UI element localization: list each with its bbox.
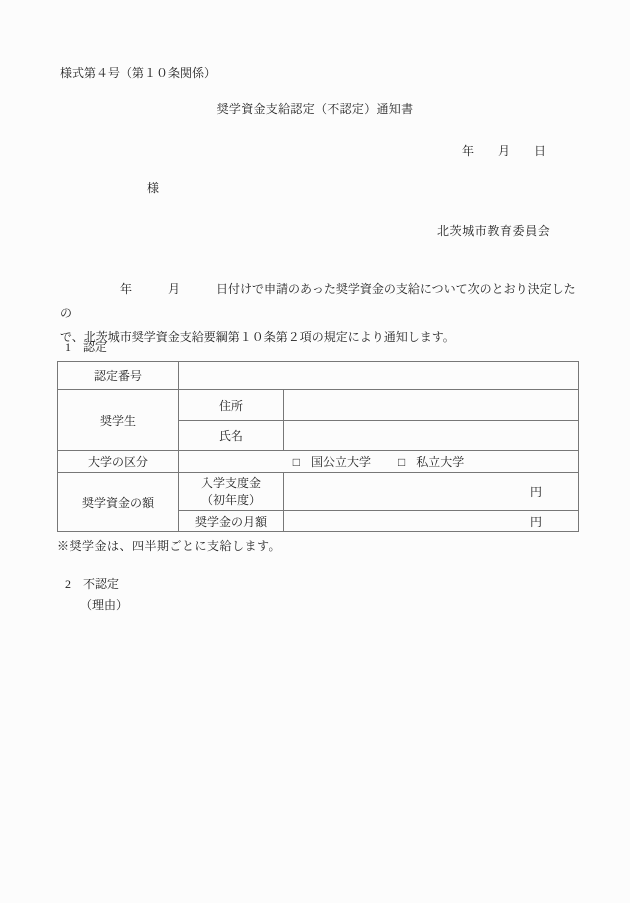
certification-number-label: 認定番号 — [58, 362, 179, 390]
table-row-university-type: 大学の区分 □国公立大学□私立大学 — [58, 451, 579, 473]
monthly-amount-field[interactable]: 円 — [284, 511, 579, 532]
entrance-allowance-field[interactable]: 円 — [284, 473, 579, 511]
address-field[interactable] — [284, 390, 579, 421]
table-row-certification-number: 認定番号 — [58, 362, 579, 390]
yen-suffix: 円 — [530, 515, 542, 529]
name-label: 氏名 — [179, 421, 284, 451]
table-row-address: 奨学生 住所 — [58, 390, 579, 421]
name-field[interactable] — [284, 421, 579, 451]
private-university-label: 私立大学 — [416, 455, 464, 469]
university-type-label: 大学の区分 — [58, 451, 179, 473]
certification-number-field[interactable] — [179, 362, 579, 390]
entrance-allowance-label-line1: 入学支度金 — [179, 475, 283, 492]
checkbox-private-university[interactable]: □ — [398, 455, 405, 470]
body-line-2: で、北茨城市奨学資金支給要綱第１０条第２項の規定により通知します。 — [60, 325, 576, 349]
certification-table: 認定番号 奨学生 住所 氏名 大学の区分 □国公立大学□私立大学 奨学資金の額 — [57, 361, 579, 532]
reason-label: （理由） — [80, 596, 128, 613]
university-type-options: □国公立大学□私立大学 — [179, 451, 579, 473]
form-number: 様式第４号（第１０条関係） — [60, 64, 216, 81]
monthly-amount-label: 奨学金の月額 — [179, 511, 284, 532]
entrance-allowance-label-line2: （初年度） — [179, 492, 283, 509]
body-line-1: 年 月 日付けで申請のあった奨学資金の支給について次のとおり決定したの — [60, 277, 576, 325]
document-title: 奨学資金支給認定（不認定）通知書 — [0, 100, 630, 117]
scholarship-amount-label: 奨学資金の額 — [58, 473, 179, 532]
national-public-university-label: 国公立大学 — [311, 455, 371, 469]
scholar-label: 奨学生 — [58, 390, 179, 451]
document-page: 様式第４号（第１０条関係） 奨学資金支給認定（不認定）通知書 年 月 日 様 北… — [0, 0, 630, 903]
quarterly-payment-note: ※奨学金は、四半期ごとに支給します。 — [57, 537, 281, 554]
body-paragraph: 年 月 日付けで申請のあった奨学資金の支給について次のとおり決定したの で、北茨… — [60, 277, 576, 349]
issuer-name: 北茨城市教育委員会 — [437, 222, 550, 239]
section-1-heading: 1 認定 — [65, 338, 107, 355]
table-row-entrance-allowance: 奨学資金の額 入学支度金 （初年度） 円 — [58, 473, 579, 511]
yen-suffix: 円 — [530, 485, 542, 499]
issue-date-line: 年 月 日 — [462, 142, 546, 159]
address-label: 住所 — [179, 390, 284, 421]
addressee-suffix: 様 — [147, 179, 159, 196]
section-2-heading: 2 不認定 — [65, 575, 119, 592]
checkbox-national-public-university[interactable]: □ — [293, 455, 300, 470]
entrance-allowance-label: 入学支度金 （初年度） — [179, 473, 284, 511]
